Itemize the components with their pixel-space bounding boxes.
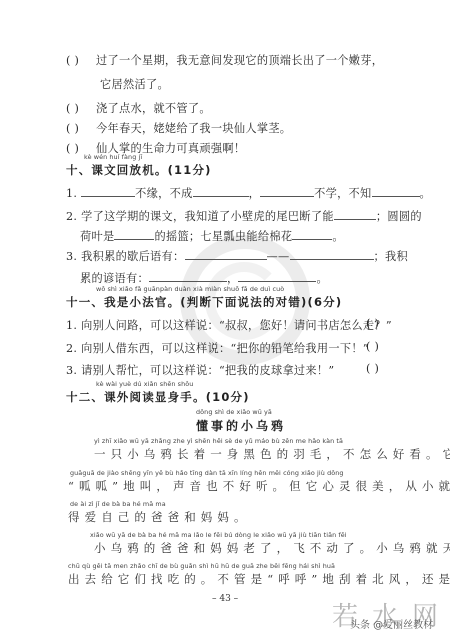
q-text: 不学，不知 (314, 187, 371, 200)
judge-text: 1. 向别人问路，可以这样说：“叔叔，您好！请问书店怎么走？” (66, 319, 392, 332)
answer-paren[interactable]: ( ) (66, 54, 96, 67)
q-text: 。 (332, 230, 344, 243)
judge-answer[interactable]: ( ) (366, 362, 379, 375)
fill-blank[interactable] (193, 187, 249, 197)
q-text: 的摇篮；七星瓢虫能给棉花 (154, 230, 292, 243)
fill-blank[interactable] (185, 250, 267, 260)
fill-blank[interactable] (260, 187, 314, 197)
q-text: —— (267, 250, 290, 263)
brand-subtitle: 头条 @爱丽丝教材 (350, 616, 433, 631)
story-title: 懂事的小乌鸦 (196, 417, 286, 434)
paragraph-pinyin: guāguā de jiào shēng yīn yě bù hǎo tīng … (70, 469, 344, 477)
section10-title: 十、课文回放机。(11分) (66, 162, 212, 178)
fill-blank[interactable] (290, 250, 374, 260)
q-text: 3. 我积累的歇后语有： (66, 250, 185, 263)
section10-q2-line1: 2. 学了这学期的课文，我知道了小壁虎的尾巴断了能；圆圆的 (66, 208, 422, 224)
q-text: ， (249, 187, 261, 200)
judge-item: 1. 向别人问路，可以这样说：“叔叔，您好！请问书店怎么走？” (66, 317, 392, 333)
fill-blank[interactable] (81, 187, 135, 197)
ordering-text: 今年春天，姥姥给了我一块仙人掌茎。 (96, 122, 291, 135)
page-number: – 43 – (212, 594, 238, 604)
judge-answer[interactable]: ( ) (366, 340, 379, 353)
fill-blank[interactable] (372, 187, 420, 197)
fill-blank[interactable] (114, 230, 154, 240)
fill-blank[interactable] (334, 210, 376, 220)
answer-paren[interactable]: ( ) (66, 102, 96, 115)
q-text: ；我积 (374, 250, 408, 263)
fill-blank[interactable] (292, 230, 332, 240)
paragraph-text: 得爱自己的爸爸和妈妈。 (68, 509, 251, 525)
ordering-item: ( )浇了点水，就不管了。 (66, 100, 211, 116)
judge-item: 3. 请别人帮忙，可以这样说：“把我的皮球拿过来！” (66, 362, 334, 378)
section10-pinyin: kè wén huí fàng jī (84, 153, 142, 161)
section10-q1: 1. 不缘，不成，不学，不知。 (66, 185, 431, 201)
ordering-text: 浇了点水，就不管了。 (96, 102, 211, 115)
section12-title: 十二、课外阅读显身手。(10分) (66, 389, 250, 405)
fill-blank[interactable] (238, 272, 316, 282)
q-num: 1. (66, 187, 77, 200)
q-text: 累的谚语有： (80, 272, 149, 285)
q-text: ， (227, 272, 239, 285)
paragraph-text: 一只小乌鸦长着一身黑色的羽毛，不怎么好看。它 (94, 446, 450, 462)
q-text: 。 (420, 187, 432, 200)
answer-paren[interactable]: ( ) (66, 122, 96, 135)
judge-item: 2. 向别人借东西，可以这样说：“把你的铅笔给我用一下！” (66, 340, 369, 356)
section12-pinyin: kè wài yuè dú xiǎn shēn shǒu (96, 380, 193, 388)
paragraph-pinyin: chū qù gěi tā men zhǎo chī de bù guǎn sh… (68, 562, 335, 570)
paragraph-pinyin: de ài zì jǐ de bà ba hé mā ma (70, 500, 166, 508)
q-text: ；圆圆的 (376, 210, 422, 223)
section10-q2-line2: 荷叶是的摇篮；七星瓢虫能给棉花。 (80, 228, 344, 244)
q-text: 不缘，不成 (135, 187, 192, 200)
section11-pinyin-a: wǒ shì xiǎo fǎ guān (96, 285, 160, 293)
paragraph-text: “呱呱”地叫，声音也不好听。但它心灵很美，从小就懂 (68, 478, 450, 494)
paragraph-pinyin: xiǎo wū yā de bà ba hé mā ma lǎo le fēi … (90, 531, 347, 539)
q-text: 2. 学了这学期的课文，我知道了小壁虎的尾巴断了能 (66, 210, 334, 223)
ordering-text: 过了一个星期，我无意间发现它的顶端长出了一个嫩芽， (96, 54, 383, 67)
section10-q3-line2: 累的谚语有：，。 (80, 270, 328, 286)
judge-text: 3. 请别人帮忙，可以这样说：“把我的皮球拿过来！” (66, 364, 334, 377)
judge-text: 2. 向别人借东西，可以这样说：“把你的铅笔给我用一下！” (66, 342, 369, 355)
fill-blank[interactable] (149, 272, 227, 282)
section10-q3-line1: 3. 我积累的歇后语有：——；我积 (66, 248, 408, 264)
story-title-pinyin: dǒng shì de xiǎo wū yā (196, 408, 272, 416)
section11-pinyin-b: pàn duàn xià miàn shuō fǎ de duì cuò (160, 285, 284, 293)
q-text: 。 (316, 272, 328, 285)
ordering-item: ( )过了一个星期，我无意间发现它的顶端长出了一个嫩芽， (66, 52, 383, 68)
paragraph-text: 出去给它们找吃的。不管是“呼呼”地刮着北风，还是“哗 (68, 571, 450, 587)
paragraph-pinyin: yì zhī xiǎo wū yā zhǎng zhe yì shēn hēi … (94, 437, 343, 445)
paragraph-text: 小乌鸦的爸爸和妈妈老了，飞不动了。小乌鸦就天天飞 (94, 540, 450, 556)
ordering-item-cont: 它居然活了。 (100, 76, 169, 92)
ordering-item: ( )今年春天，姥姥给了我一块仙人掌茎。 (66, 120, 291, 136)
q-text: 荷叶是 (80, 230, 114, 243)
judge-answer[interactable]: ( ) (366, 317, 379, 330)
section11-title: 十一、我是小法官。(判断下面说法的对错)(6分) (66, 294, 342, 310)
